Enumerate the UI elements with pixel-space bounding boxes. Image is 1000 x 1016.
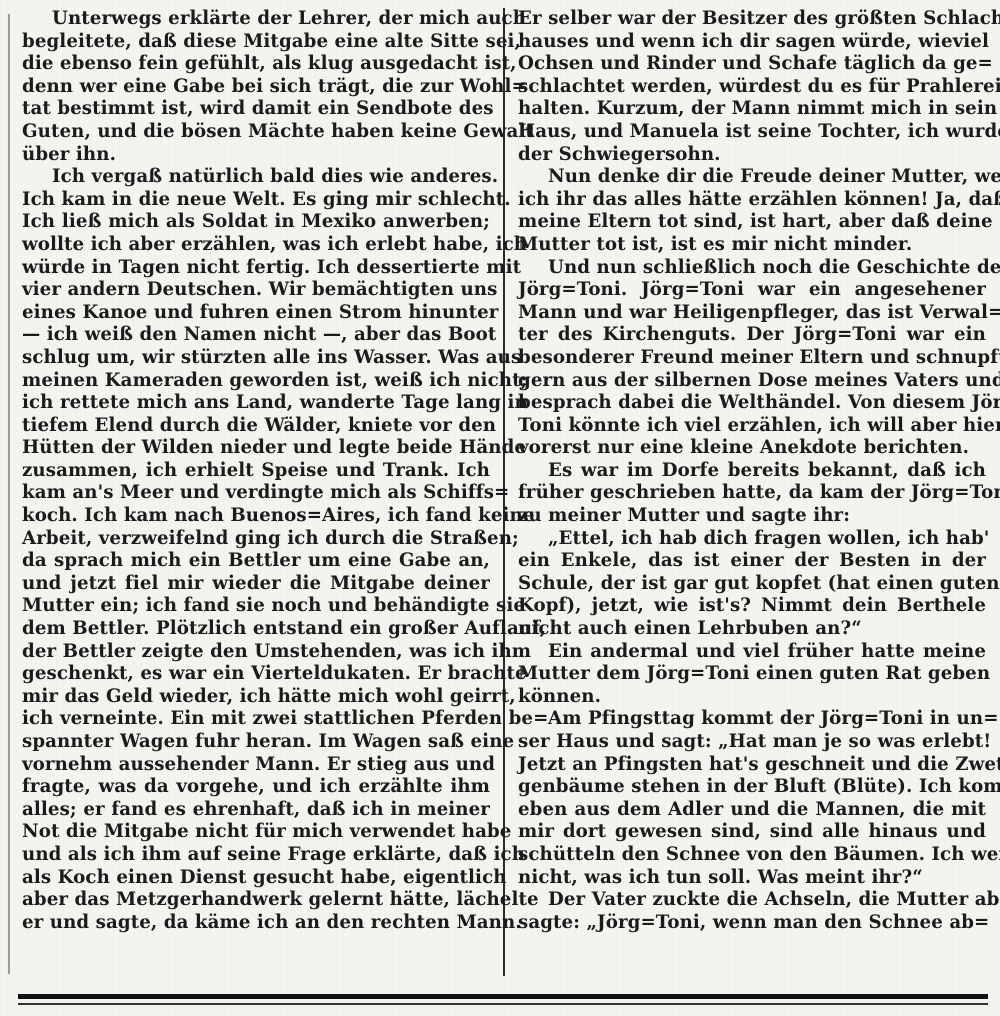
text-line: begleitete, daß diese Mitgabe eine alte … bbox=[22, 31, 490, 54]
text-line: und als ich ihm auf seine Frage erklärte… bbox=[22, 844, 490, 867]
text-line: können. bbox=[518, 686, 986, 709]
newspaper-page: Unterwegs erklärte der Lehrer, der mich … bbox=[0, 0, 1000, 1016]
paragraph: Der Vater zuckte die Achseln, die Mutter… bbox=[518, 889, 986, 934]
paragraph: Ich vergaß natürlich bald dies wie ander… bbox=[22, 166, 490, 934]
bottom-thin-rule bbox=[18, 1003, 988, 1005]
text-line: tiefem Elend durch die Wälder, kniete vo… bbox=[22, 415, 490, 438]
bottom-thick-rule bbox=[18, 994, 988, 999]
text-line: gern aus der silbernen Dose meines Vater… bbox=[518, 370, 986, 393]
paragraph: Nun denke dir die Freude deiner Mutter, … bbox=[518, 166, 986, 256]
text-line: ser Haus und sagt: „Hat man je so was er… bbox=[518, 731, 986, 754]
text-line: mir das Geld wieder, ich hätte mich wohl… bbox=[22, 686, 490, 709]
text-line: halten. Kurzum, der Mann nimmt mich in s… bbox=[518, 98, 986, 121]
text-line: Ochsen und Rinder und Schafe täglich da … bbox=[518, 53, 986, 76]
text-line: — ich weiß den Namen nicht —, aber das B… bbox=[22, 324, 490, 347]
text-line: ich ihr das alles hätte erzählen können!… bbox=[518, 189, 986, 212]
text-line: sagte: „Jörg=Toni, wenn man den Schnee a… bbox=[518, 912, 986, 935]
text-line: die ebenso fein gefühlt, als klug ausged… bbox=[22, 53, 490, 76]
left-text-column: Unterwegs erklärte der Lehrer, der mich … bbox=[22, 8, 490, 934]
text-line: als Koch einen Dienst gesucht habe, eige… bbox=[22, 867, 490, 890]
text-line: besonderer Freund meiner Eltern und schn… bbox=[518, 347, 986, 370]
text-line: nicht, was ich tun soll. Was meint ihr?“ bbox=[518, 867, 986, 890]
text-line: zusammen, ich erhielt Speise und Trank. … bbox=[22, 460, 490, 483]
text-line: Arbeit, verzweifelnd ging ich durch die … bbox=[22, 528, 490, 551]
text-line: vorerst nur eine kleine Anekdote bericht… bbox=[518, 437, 986, 460]
text-line: über ihn. bbox=[22, 144, 490, 167]
text-line: „Ettel, ich hab dich fragen wollen, ich … bbox=[518, 528, 986, 551]
paragraph: Und nun schließlich noch die Geschichte … bbox=[518, 257, 986, 460]
text-line: ich verneinte. Ein mit zwei stattlichen … bbox=[22, 708, 490, 731]
text-line: alles; er fand es ehrenhaft, daß ich in … bbox=[22, 799, 490, 822]
text-line: Unterwegs erklärte der Lehrer, der mich … bbox=[22, 8, 490, 31]
right-text-column: Er selber war der Besitzer des größten S… bbox=[518, 8, 986, 934]
text-line: Mutter dem Jörg=Toni einen guten Rat geb… bbox=[518, 663, 986, 686]
text-line: ein Enkele, das ist einer der Besten in … bbox=[518, 550, 986, 573]
text-line: eines Kanoe und fuhren einen Strom hinun… bbox=[22, 302, 490, 325]
text-line: Ein andermal und viel früher hatte meine bbox=[518, 641, 986, 664]
text-line: Ich ließ mich als Soldat in Mexiko anwer… bbox=[22, 211, 490, 234]
text-line: spannter Wagen fuhr heran. Im Wagen saß … bbox=[22, 731, 490, 754]
text-line: Hütten der Wilden nieder und legte beide… bbox=[22, 437, 490, 460]
text-line: vornehm aussehender Mann. Er stieg aus u… bbox=[22, 754, 490, 777]
text-line: Jetzt an Pfingsten hat's geschneit und d… bbox=[518, 754, 986, 777]
left-margin-rule bbox=[8, 14, 10, 974]
text-line: schütteln den Schnee von den Bäumen. Ich… bbox=[518, 844, 986, 867]
text-line: der Schwiegersohn. bbox=[518, 144, 986, 167]
paragraph: Ein andermal und viel früher hatte meine… bbox=[518, 641, 986, 709]
text-line: da sprach mich ein Bettler um eine Gabe … bbox=[22, 550, 490, 573]
text-line: denn wer eine Gabe bei sich trägt, die z… bbox=[22, 76, 490, 99]
text-line: Mutter tot ist, ist es mir nicht minder. bbox=[518, 234, 986, 257]
text-line: Mann und war Heiligenpfleger, das ist Ve… bbox=[518, 302, 986, 325]
text-line: geschenkt, es war ein Vierteldukaten. Er… bbox=[22, 663, 490, 686]
text-line: schlug um, wir stürzten alle ins Wasser.… bbox=[22, 347, 490, 370]
text-line: kam an's Meer und verdingte mich als Sch… bbox=[22, 482, 490, 505]
text-line: Er selber war der Besitzer des größten S… bbox=[518, 8, 986, 31]
text-line: Es war im Dorfe bereits bekannt, daß ich bbox=[518, 460, 986, 483]
text-line: meinen Kameraden geworden ist, weiß ich … bbox=[22, 370, 490, 393]
text-line: Am Pfingsttag kommt der Jörg=Toni in un= bbox=[518, 708, 986, 731]
text-line: dem Bettler. Plötzlich entstand ein groß… bbox=[22, 618, 490, 641]
text-line: Ich kam in die neue Welt. Es ging mir sc… bbox=[22, 189, 490, 212]
paragraph: Am Pfingsttag kommt der Jörg=Toni in un=… bbox=[518, 708, 986, 889]
paragraph: Er selber war der Besitzer des größten S… bbox=[518, 8, 986, 166]
text-line: würde in Tagen nicht fertig. Ich dessert… bbox=[22, 257, 490, 280]
text-line: er und sagte, da käme ich an den rechten… bbox=[22, 912, 490, 935]
text-line: hauses und wenn ich dir sagen würde, wie… bbox=[518, 31, 986, 54]
text-line: Nun denke dir die Freude deiner Mutter, … bbox=[518, 166, 986, 189]
text-line: koch. Ich kam nach Buenos=Aires, ich fan… bbox=[22, 505, 490, 528]
text-line: aber das Metzgerhandwerk gelernt hätte, … bbox=[22, 889, 490, 912]
text-line: Guten, und die bösen Mächte haben keine … bbox=[22, 121, 490, 144]
text-line: meine Eltern tot sind, ist hart, aber da… bbox=[518, 211, 986, 234]
text-line: genbäume stehen in der Bluft (Blüte). Ic… bbox=[518, 776, 986, 799]
paragraph: Es war im Dorfe bereits bekannt, daß ich… bbox=[518, 460, 986, 528]
text-line: Haus, und Manuela ist seine Tochter, ich… bbox=[518, 121, 986, 144]
text-line: der Bettler zeigte den Umstehenden, was … bbox=[22, 641, 490, 664]
text-line: fragte, was da vorgehe, und ich erzählte… bbox=[22, 776, 490, 799]
text-line: wollte ich aber erzählen, was ich erlebt… bbox=[22, 234, 490, 257]
text-line: Jörg=Toni. Jörg=Toni war ein angesehener bbox=[518, 279, 986, 302]
text-line: Ich vergaß natürlich bald dies wie ander… bbox=[22, 166, 490, 189]
text-line: Kopf), jetzt, wie ist's? Nimmt dein Bert… bbox=[518, 595, 986, 618]
text-line: vier andern Deutschen. Wir bemächtigten … bbox=[22, 279, 490, 302]
paragraph: Unterwegs erklärte der Lehrer, der mich … bbox=[22, 8, 490, 166]
text-line: Toni könnte ich viel erzählen, ich will … bbox=[518, 415, 986, 438]
text-line: eben aus dem Adler und die Mannen, die m… bbox=[518, 799, 986, 822]
text-line: Und nun schließlich noch die Geschichte … bbox=[518, 257, 986, 280]
text-line: Not die Mitgabe nicht für mich verwendet… bbox=[22, 821, 490, 844]
text-line: früher geschrieben hatte, da kam der Jör… bbox=[518, 482, 986, 505]
text-line: und jetzt fiel mir wieder die Mitgabe de… bbox=[22, 573, 490, 596]
text-line: zu meiner Mutter und sagte ihr: bbox=[518, 505, 986, 528]
text-line: ter des Kirchenguts. Der Jörg=Toni war e… bbox=[518, 324, 986, 347]
text-line: Schule, der ist gar gut kopfet (hat eine… bbox=[518, 573, 986, 596]
paragraph: „Ettel, ich hab dich fragen wollen, ich … bbox=[518, 528, 986, 641]
text-line: Der Vater zuckte die Achseln, die Mutter… bbox=[518, 889, 986, 912]
text-line: Mutter ein; ich fand sie noch und behänd… bbox=[22, 595, 490, 618]
text-line: mir dort gewesen sind, sind alle hinaus … bbox=[518, 821, 986, 844]
text-line: besprach dabei die Welthändel. Von diese… bbox=[518, 392, 986, 415]
text-line: nicht auch einen Lehrbuben an?“ bbox=[518, 618, 986, 641]
text-line: ich rettete mich ans Land, wanderte Tage… bbox=[22, 392, 490, 415]
text-line: tat bestimmt ist, wird damit ein Sendbot… bbox=[22, 98, 490, 121]
text-line: schlachtet werden, würdest du es für Pra… bbox=[518, 76, 986, 99]
